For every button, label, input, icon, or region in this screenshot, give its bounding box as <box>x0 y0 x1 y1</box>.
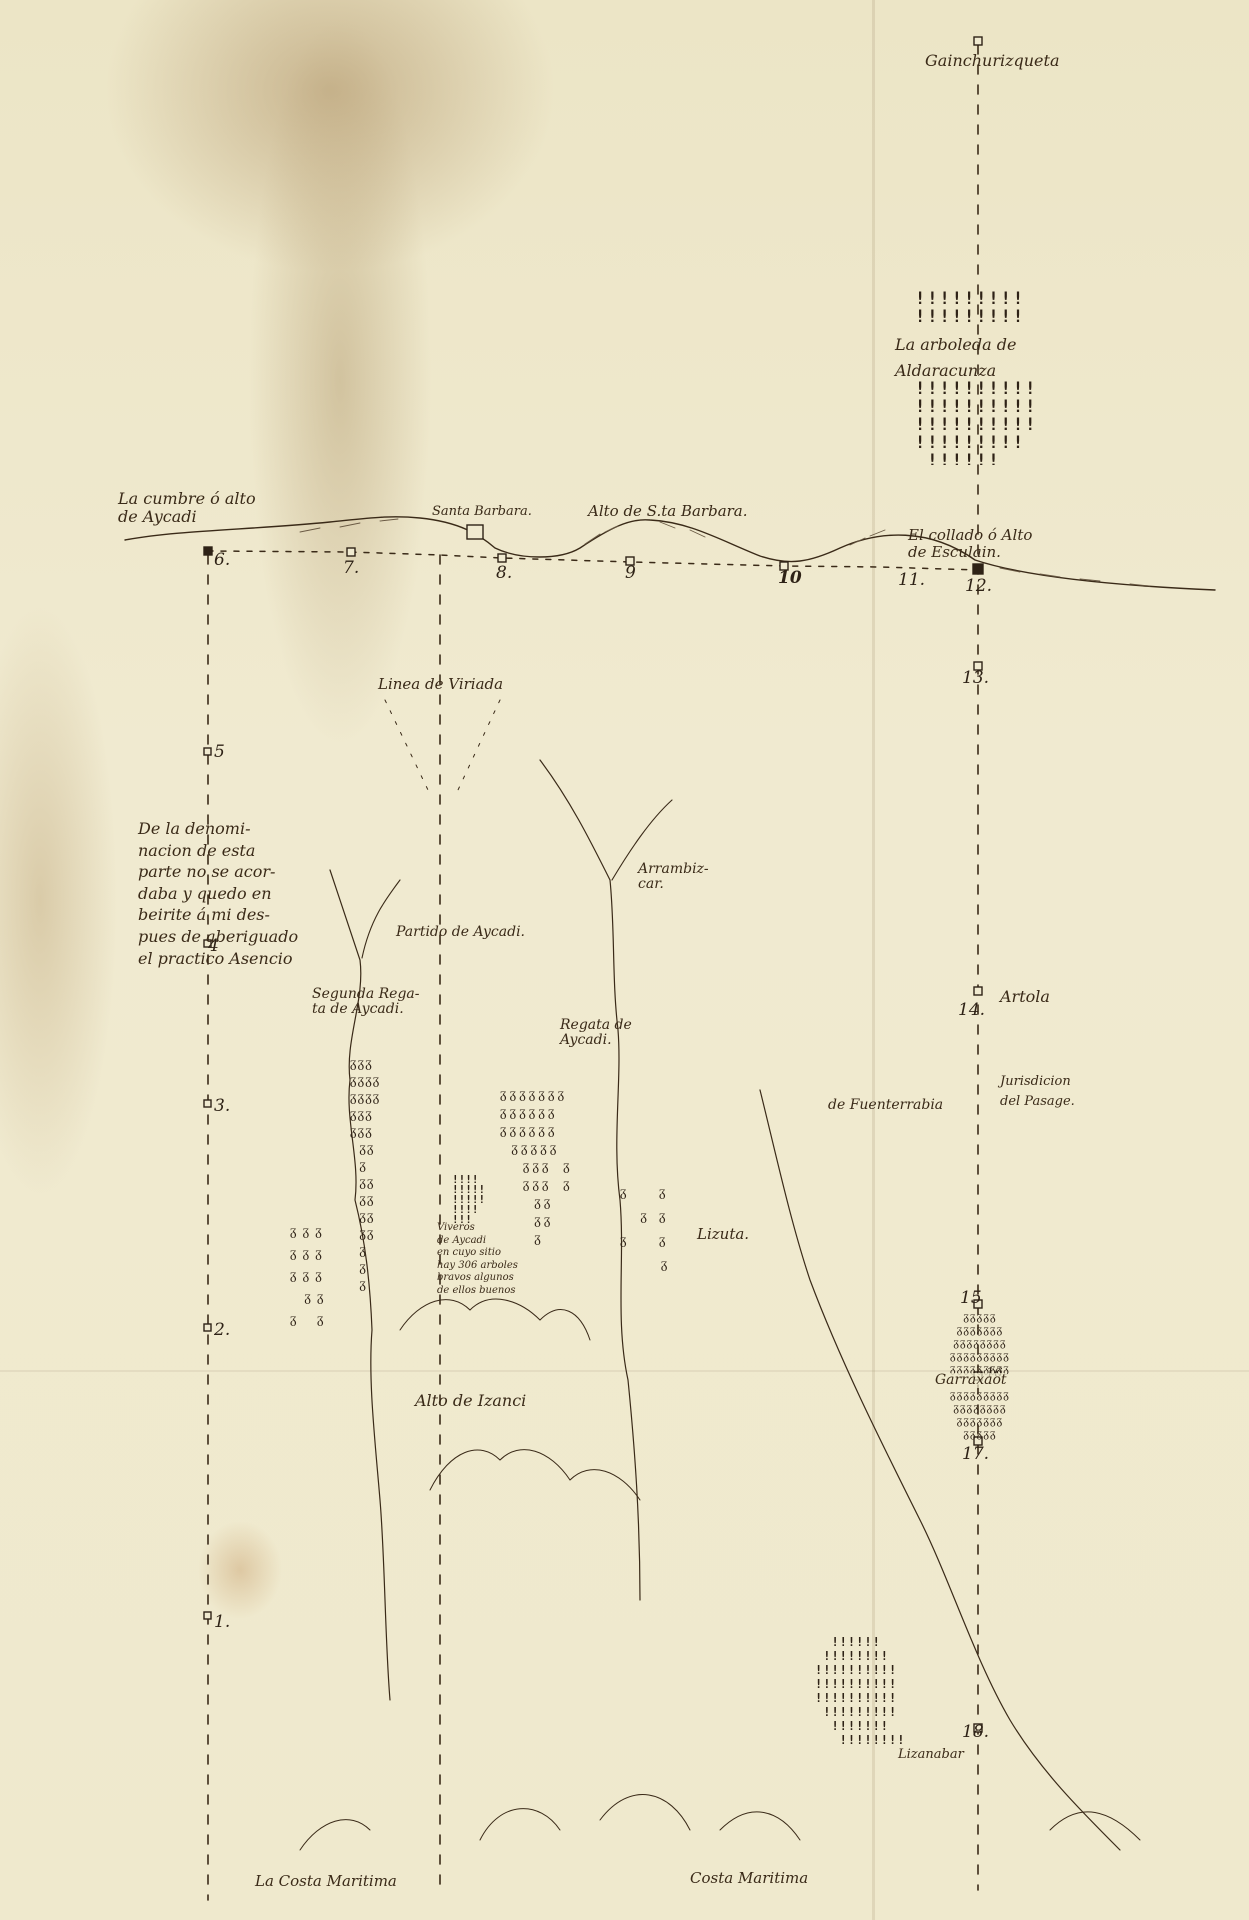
marker-13: 13. <box>962 668 989 688</box>
tree-cluster-left: ᵹᵹᵹᵹᵹᵹᵹᵹᵹ ᵹᵹᵹ ᵹ <box>290 1220 370 1340</box>
label-lizanabar: Lizanabar <box>898 1748 964 1762</box>
side-note-denominacion: De la denomi- nacion de esta parte no se… <box>138 818 298 969</box>
marker-8: 8. <box>496 563 512 583</box>
label-garraxaot: Garraxaot <box>935 1373 1007 1388</box>
marker-6: 6. <box>214 550 230 570</box>
label-segunda-regata: Segunda Rega-ta de Aycadi. <box>312 987 422 1018</box>
label-regata-aycadi: Regata de Aycadi. <box>560 1018 640 1049</box>
label-alto-santa-barbara: Alto de S.ta Barbara. <box>588 503 748 520</box>
tree-cluster-viveros: !!!!!!!!!!!!!!!!!!!!! <box>452 1175 492 1225</box>
label-jurisdicion-1: Jurisdicion <box>1000 1075 1071 1089</box>
label-lizuta: Lizuta. <box>697 1226 749 1243</box>
label-costa-maritima-right: Costa Maritima <box>690 1870 808 1887</box>
tree-cluster-lizanabar: !!!!!! !!!!!!!!!!!!!!!!!!!!!!!!!!!!!!!!!… <box>815 1635 925 1765</box>
label-linea-viriada: Linea de Viriada <box>378 676 503 693</box>
tree-cluster-scatter: ᵹ ᵹ ᵹᵹᵹ ᵹ ᵹ <box>620 1180 690 1280</box>
note-viveros: Viveros de Aycadi en cuyo sitio hay 306 … <box>437 1222 518 1297</box>
label-alto-izanci: Alto de Izanci <box>415 1392 526 1410</box>
label-arrambizcar: Arrambiz-car. <box>638 862 698 893</box>
survey-line-horizontal <box>208 551 978 570</box>
label-gainchurizqueta: Gainchurizqueta <box>925 52 1060 70</box>
tree-cluster-regata: ᵹᵹᵹᵹᵹᵹᵹᵹᵹᵹᵹᵹᵹᵹᵹᵹᵹᵹᵹ ᵹᵹᵹᵹᵹ ᵹᵹᵹ ᵹ ᵹᵹᵹ ᵹ ᵹᵹ… <box>500 1085 630 1265</box>
label-artola: Artola <box>1000 988 1050 1006</box>
label-costa-maritima-left: La Costa Maritima <box>255 1873 397 1890</box>
marker-1: 1. <box>214 1612 230 1632</box>
label-fuenterrabia: de Fuenterrabia <box>828 1098 943 1113</box>
marker-7: 7. <box>343 558 359 578</box>
marker-12: 12. <box>965 576 992 596</box>
marker-3: 3. <box>214 1096 230 1116</box>
stream-right <box>760 1090 1120 1850</box>
marker-15: 15 <box>960 1288 982 1308</box>
marker-14: 14. <box>958 1000 985 1020</box>
label-santa-barbara: Santa Barbara. <box>432 505 532 519</box>
marker-2: 2. <box>214 1320 230 1340</box>
ridge-profile <box>125 517 1215 590</box>
church-icon <box>467 525 483 539</box>
square-marker-icon <box>974 37 982 45</box>
marker-5: 5 <box>214 742 225 762</box>
marker-17: 17. <box>962 1444 989 1464</box>
label-collado-esculain: El collado ó Alto de Esculain. <box>908 527 1048 560</box>
marker-11: 11. <box>898 570 925 590</box>
label-jurisdicion-2: del Pasage. <box>1000 1095 1075 1109</box>
marker-10: 10 <box>778 568 802 588</box>
label-arboleda-aldaracunza: La arboleda de Aldaracunza <box>895 332 1035 383</box>
marker-18: 18. <box>962 1722 989 1742</box>
label-cumbre-aycadi: La cumbre ó alto de Aycadi <box>118 490 278 525</box>
marker-9: 9 <box>625 563 636 583</box>
label-partido-aycadi: Partido de Aycadi. <box>396 925 525 940</box>
survey-markers <box>204 37 983 1732</box>
